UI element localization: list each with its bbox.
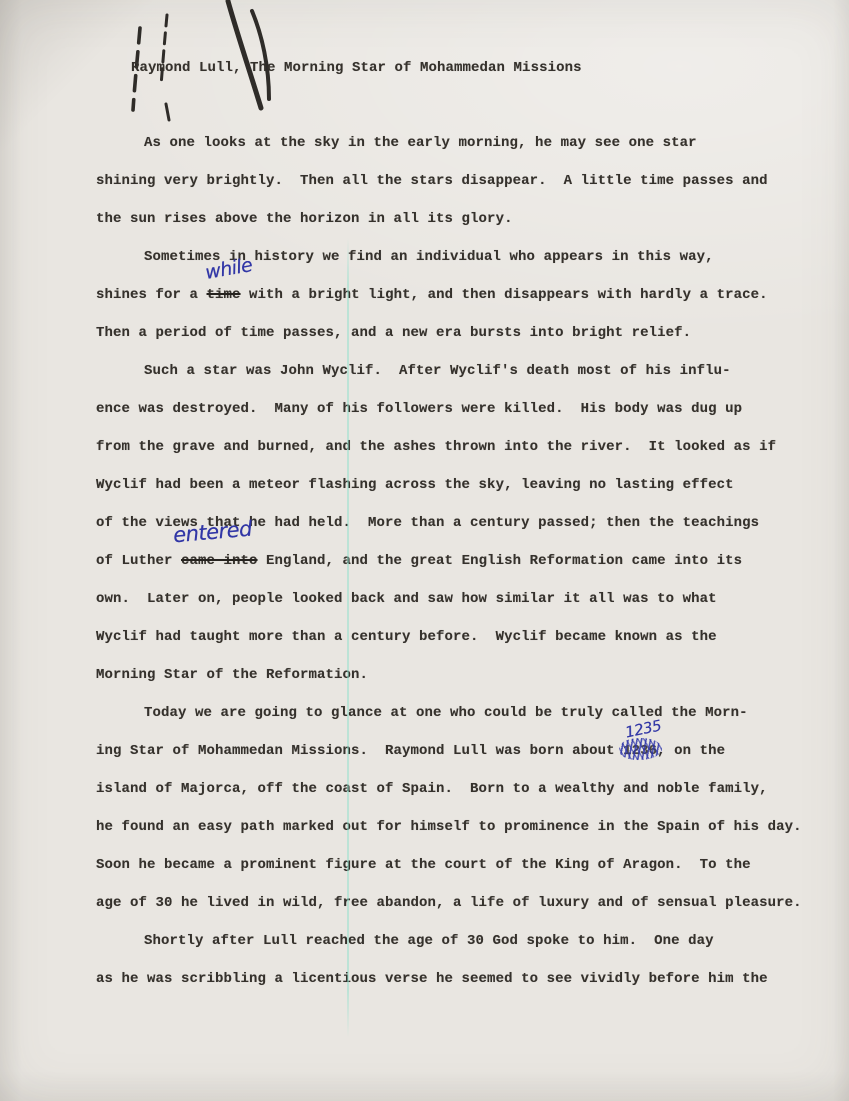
typed-line: Wyclif had been a meteor flashing across… — [96, 466, 826, 504]
typed-line: ence was destroyed. Many of his follower… — [96, 390, 826, 428]
typed-line: Then a period of time passes, and a new … — [96, 314, 826, 352]
text-run: ence was destroyed. Many of his follower… — [96, 401, 742, 417]
struck-out-text: 1236 — [623, 743, 657, 759]
text-run: age of 30 he lived in wild, free abandon… — [96, 895, 802, 911]
text-run: shining very brightly. Then all the star… — [96, 173, 768, 189]
typed-line: Sometimes in history we find an individu… — [96, 238, 826, 276]
text-run: from the grave and burned, and the ashes… — [96, 439, 776, 455]
text-run: Such a star was John Wyclif. After Wycli… — [144, 363, 731, 379]
struck-out-text: time — [207, 287, 241, 303]
text-run: Sometimes in history we find an individu… — [144, 249, 714, 265]
typed-line: Soon he became a prominent figure at the… — [96, 846, 826, 884]
text-run: own. Later on, people looked back and sa… — [96, 591, 717, 607]
struck-out-text: came into — [181, 553, 258, 569]
text-run: Morning Star of the Reformation. — [96, 667, 368, 683]
handwritten-correction: 12351236 — [623, 732, 657, 770]
paper-crease-line — [347, 238, 349, 1038]
text-run: as he was scribbling a licentious verse … — [96, 971, 768, 987]
text-run: Today we are going to glance at one who … — [144, 705, 748, 721]
typed-line: shining very brightly. Then all the star… — [96, 162, 826, 200]
text-run: ing Star of Mohammedan Missions. Raymond… — [96, 743, 623, 759]
typed-line: Such a star was John Wyclif. After Wycli… — [96, 352, 826, 390]
typed-line: of Luther enteredcame into England, and … — [96, 542, 826, 580]
typed-line: Wyclif had taught more than a century be… — [96, 618, 826, 656]
handwritten-correction: whiletime — [207, 276, 241, 314]
text-run: Wyclif had been a meteor flashing across… — [96, 477, 734, 493]
text-run: shines for a — [96, 287, 207, 303]
typed-line: shines for a whiletime with a bright lig… — [96, 276, 826, 314]
text-run: England, and the great English Reformati… — [258, 553, 743, 569]
text-run: with a bright light, and then disappears… — [241, 287, 768, 303]
typed-line: as he was scribbling a licentious verse … — [96, 960, 826, 998]
typed-line: As one looks at the sky in the early mor… — [96, 124, 826, 162]
text-run: Shortly after Lull reached the age of 30… — [144, 933, 714, 949]
text-run: As one looks at the sky in the early mor… — [144, 135, 697, 151]
text-run: island of Majorca, off the coast of Spai… — [96, 781, 768, 797]
text-run: Soon he became a prominent figure at the… — [96, 857, 751, 873]
text-run: , on the — [657, 743, 725, 759]
typed-line: Today we are going to glance at one who … — [96, 694, 826, 732]
typed-line: Shortly after Lull reached the age of 30… — [96, 922, 826, 960]
text-run: he found an easy path marked out for him… — [96, 819, 802, 835]
text-run: Wyclif had taught more than a century be… — [96, 629, 717, 645]
typed-line: from the grave and burned, and the ashes… — [96, 428, 826, 466]
scanned-document-page: Raymond Lull, The Morning Star of Mohamm… — [0, 0, 849, 1101]
text-run: of Luther — [96, 553, 181, 569]
text-run: the sun rises above the horizon in all i… — [96, 211, 513, 227]
typed-body: As one looks at the sky in the early mor… — [96, 124, 826, 998]
typed-line: of the views that he had held. More than… — [96, 504, 826, 542]
typed-line: age of 30 he lived in wild, free abandon… — [96, 884, 826, 922]
handwritten-correction: enteredcame into — [181, 542, 258, 580]
typed-line: he found an easy path marked out for him… — [96, 808, 826, 846]
text-run: of the views that he had held. More than… — [96, 515, 759, 531]
text-run: Then a period of time passes, and a new … — [96, 325, 691, 341]
document-title: Raymond Lull, The Morning Star of Mohamm… — [131, 60, 582, 76]
typed-line: island of Majorca, off the coast of Spai… — [96, 770, 826, 808]
typed-line: own. Later on, people looked back and sa… — [96, 580, 826, 618]
typed-line: the sun rises above the horizon in all i… — [96, 200, 826, 238]
typed-line: ing Star of Mohammedan Missions. Raymond… — [96, 732, 826, 770]
typed-line: Morning Star of the Reformation. — [96, 656, 826, 694]
